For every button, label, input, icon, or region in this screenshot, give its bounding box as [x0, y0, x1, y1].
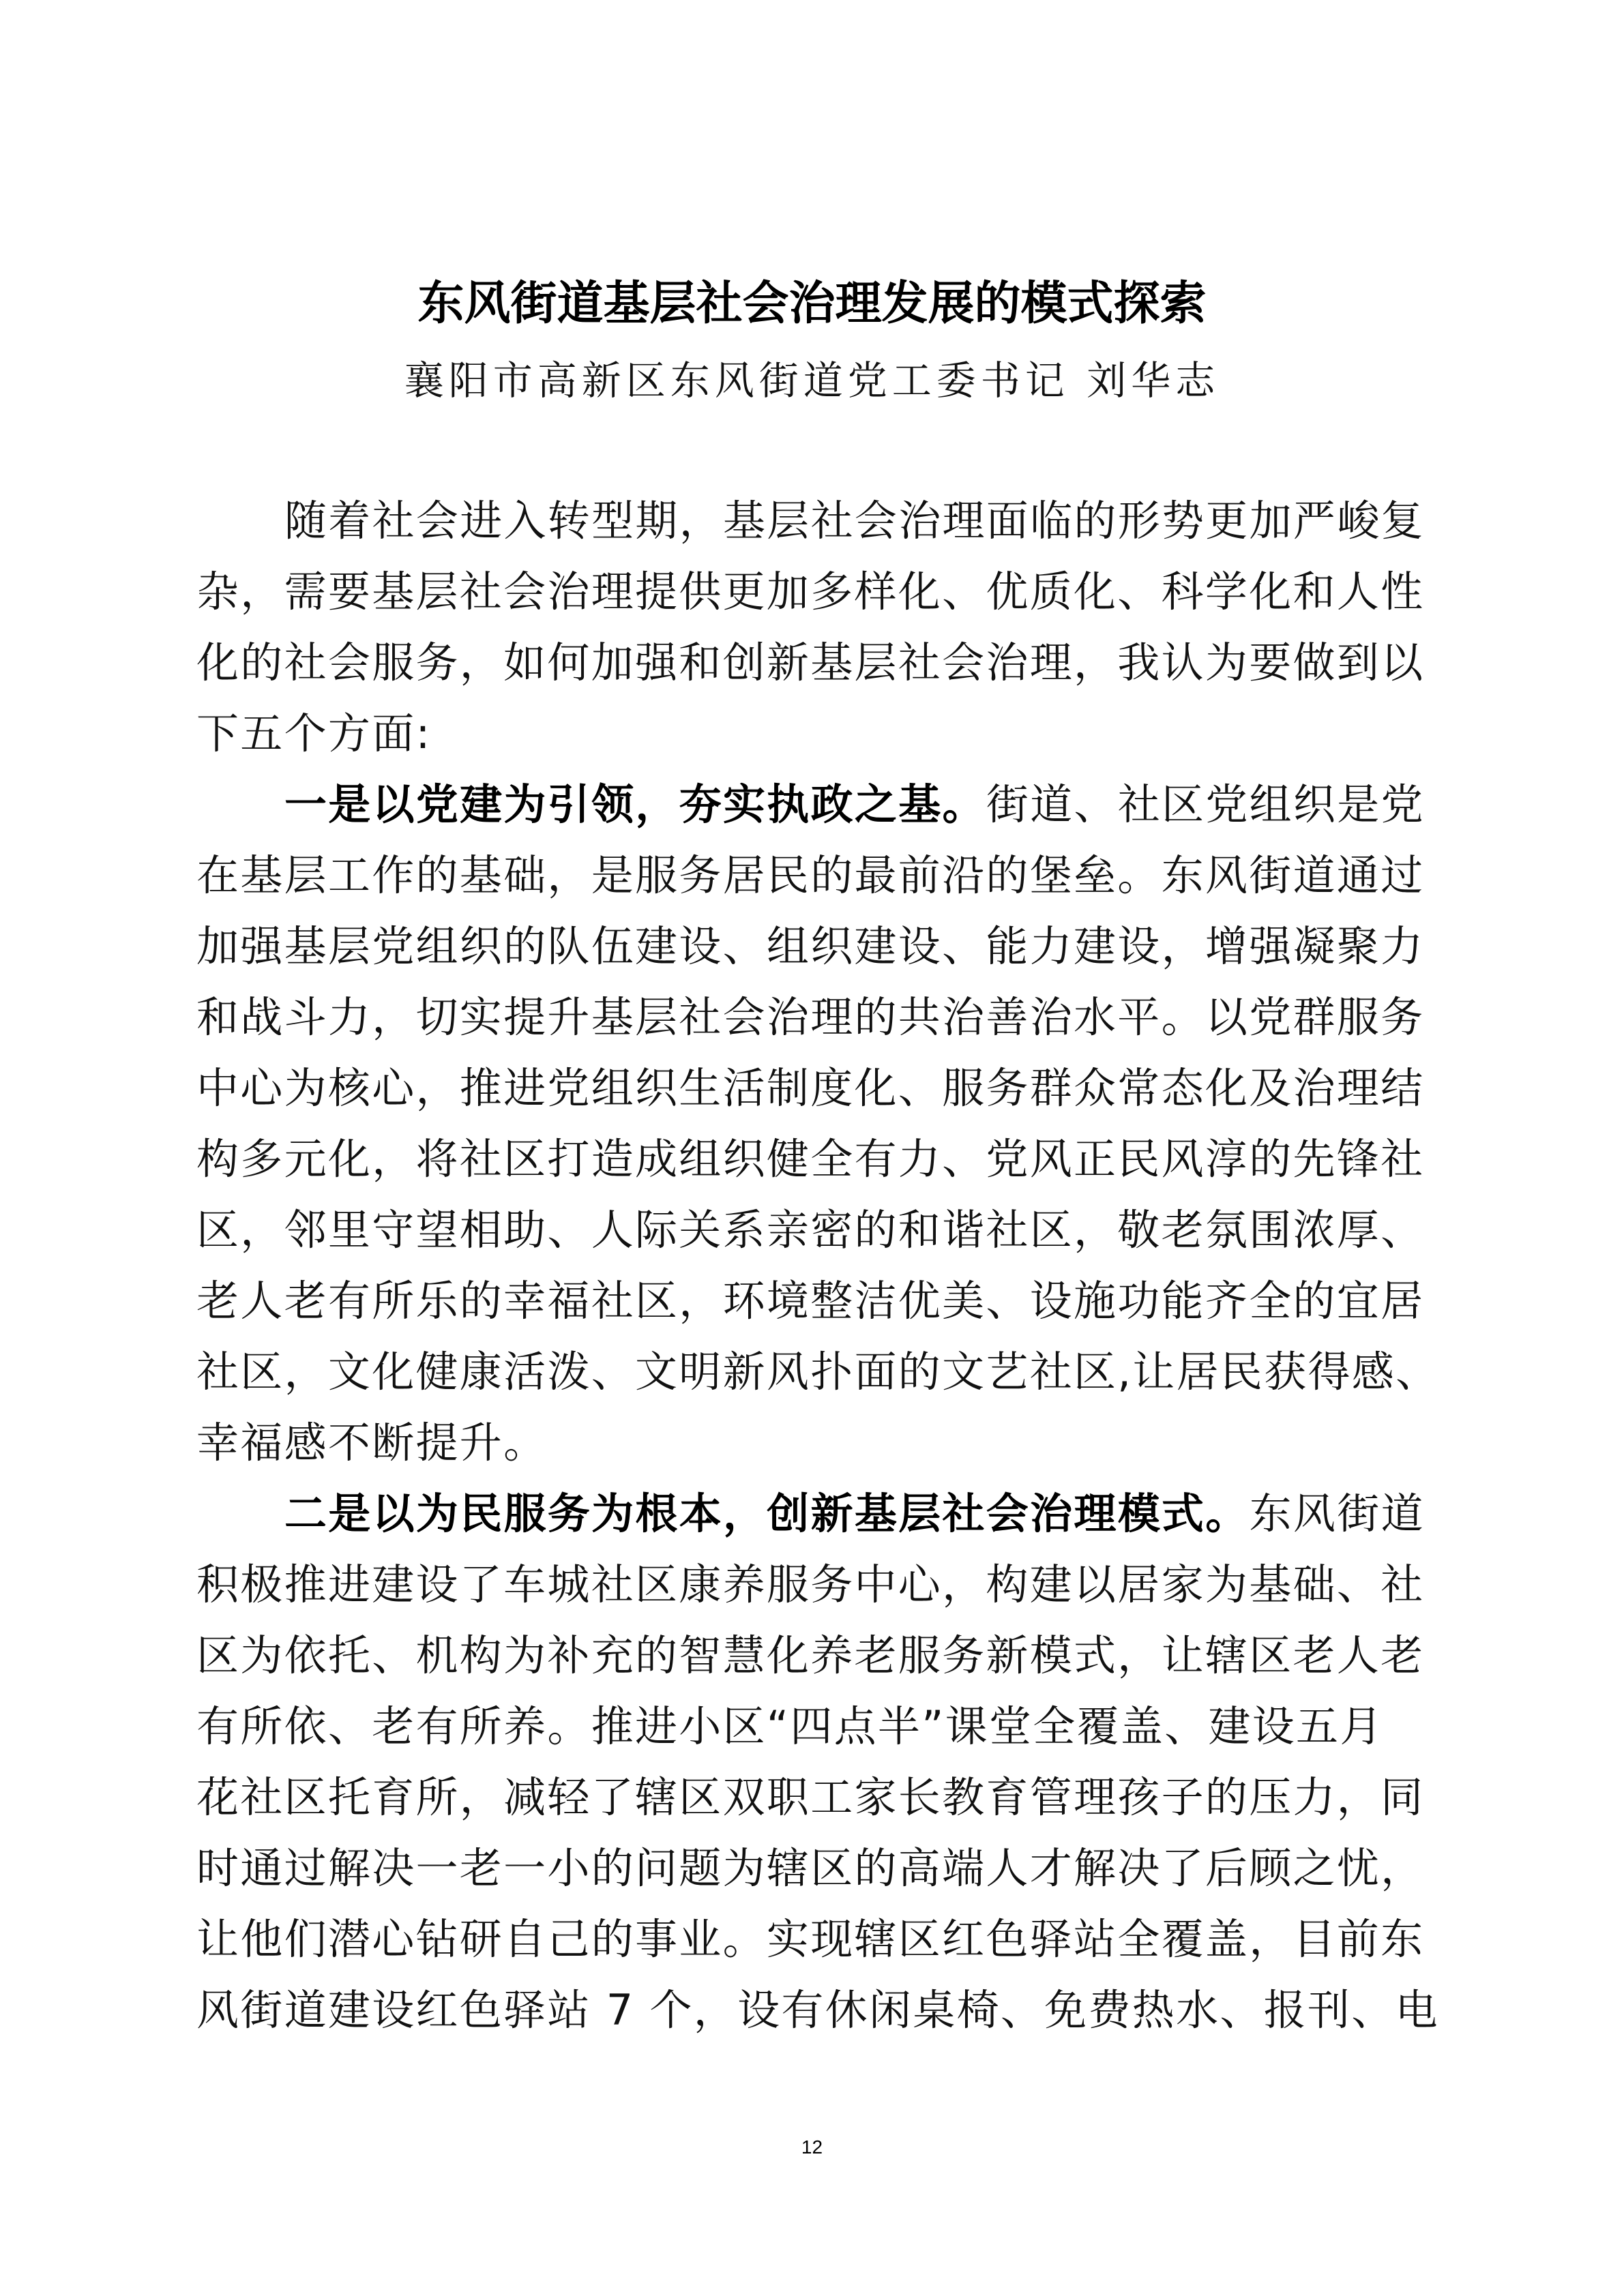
text-line: 区为依托、机构为补充的智慧化养老服务新模式，让辖区老人老 — [196, 1627, 1424, 1698]
text-line: 区，邻里守望相助、人际关系亲密的和谐社区，敬老氛围浓厚、 — [196, 1202, 1424, 1272]
line-text: 东风街道 — [1250, 1489, 1425, 1538]
text-line: 和战斗力，切实提升基层社会治理的共治善治水平。以党群服务 — [196, 989, 1424, 1060]
document-title: 东风街道基层社会治理发展的模式探索 — [0, 276, 1624, 331]
document-page: 东风街道基层社会治理发展的模式探索 襄阳市高新区东风街道党工委书记 刘华志 随着… — [0, 0, 1624, 2296]
text-line: 随着社会进入转型期，基层社会治理面临的形势更加严峻复 — [196, 492, 1424, 563]
page-number: 12 — [0, 2136, 1624, 2159]
text-line: 构多元化，将社区打造成组织健全有力、党风正民风淳的先锋社 — [196, 1131, 1424, 1202]
text-line: 化的社会服务，如何加强和创新基层社会治理，我认为要做到以 — [196, 634, 1424, 705]
text-line: 老人老有所乐的幸福社区，环境整洁优美、设施功能齐全的宜居 — [196, 1272, 1424, 1343]
text-line: 社区，文化健康活泼、文明新风扑面的文艺社区,让居民获得感、 — [196, 1343, 1424, 1414]
text-line: 二是以为民服务为根本，创新基层社会治理模式。东风街道 — [196, 1485, 1424, 1556]
author-byline: 襄阳市高新区东风街道党工委书记 刘华志 — [0, 353, 1624, 408]
paragraph-point-two: 二是以为民服务为根本，创新基层社会治理模式。东风街道 积极推进建设了车城社区康养… — [196, 1485, 1424, 2053]
text-line: 积极推进建设了车城社区康养服务中心，构建以居家为基础、社 — [196, 1556, 1424, 1627]
line-text: 街道、社区党组织是党 — [986, 779, 1425, 829]
text-line: 加强基层党组织的队伍建设、组织建设、能力建设，增强凝聚力 — [196, 918, 1424, 989]
paragraph-lead-heading: 一是以党建为引领，夯实执政之基。 — [284, 779, 986, 829]
text-line: 在基层工作的基础，是服务居民的最前沿的堡垒。东风街道通过 — [196, 847, 1424, 918]
paragraph-lead-heading: 二是以为民服务为根本，创新基层社会治理模式。 — [284, 1489, 1250, 1538]
text-line: 时通过解决一老一小的问题为辖区的高端人才解决了后顾之忧， — [196, 1840, 1424, 1911]
paragraph-intro: 随着社会进入转型期，基层社会治理面临的形势更加严峻复 杂，需要基层社会治理提供更… — [196, 492, 1424, 776]
text-line: 让他们潜心钻研自己的事业。实现辖区红色驿站全覆盖，目前东 — [196, 1911, 1424, 1982]
text-line: 幸福感不断提升。 — [196, 1414, 1424, 1485]
paragraph-point-one: 一是以党建为引领，夯实执政之基。街道、社区党组织是党 在基层工作的基础，是服务居… — [196, 776, 1424, 1485]
text-line: 一是以党建为引领，夯实执政之基。街道、社区党组织是党 — [196, 776, 1424, 847]
text-line: 风街道建设红色驿站 7 个，设有休闲桌椅、免费热水、报刊、电 — [196, 1982, 1424, 2053]
article-body: 随着社会进入转型期，基层社会治理面临的形势更加严峻复 杂，需要基层社会治理提供更… — [196, 492, 1424, 2053]
text-line: 花社区托育所，减轻了辖区双职工家长教育管理孩子的压力，同 — [196, 1769, 1424, 1840]
text-line: 中心为核心，推进党组织生活制度化、服务群众常态化及治理结 — [196, 1060, 1424, 1131]
text-line: 有所依、老有所养。推进小区“四点半”课堂全覆盖、建设五月 — [196, 1698, 1424, 1769]
text-line: 杂，需要基层社会治理提供更加多样化、优质化、科学化和人性 — [196, 563, 1424, 634]
text-line: 下五个方面: — [196, 705, 1424, 776]
